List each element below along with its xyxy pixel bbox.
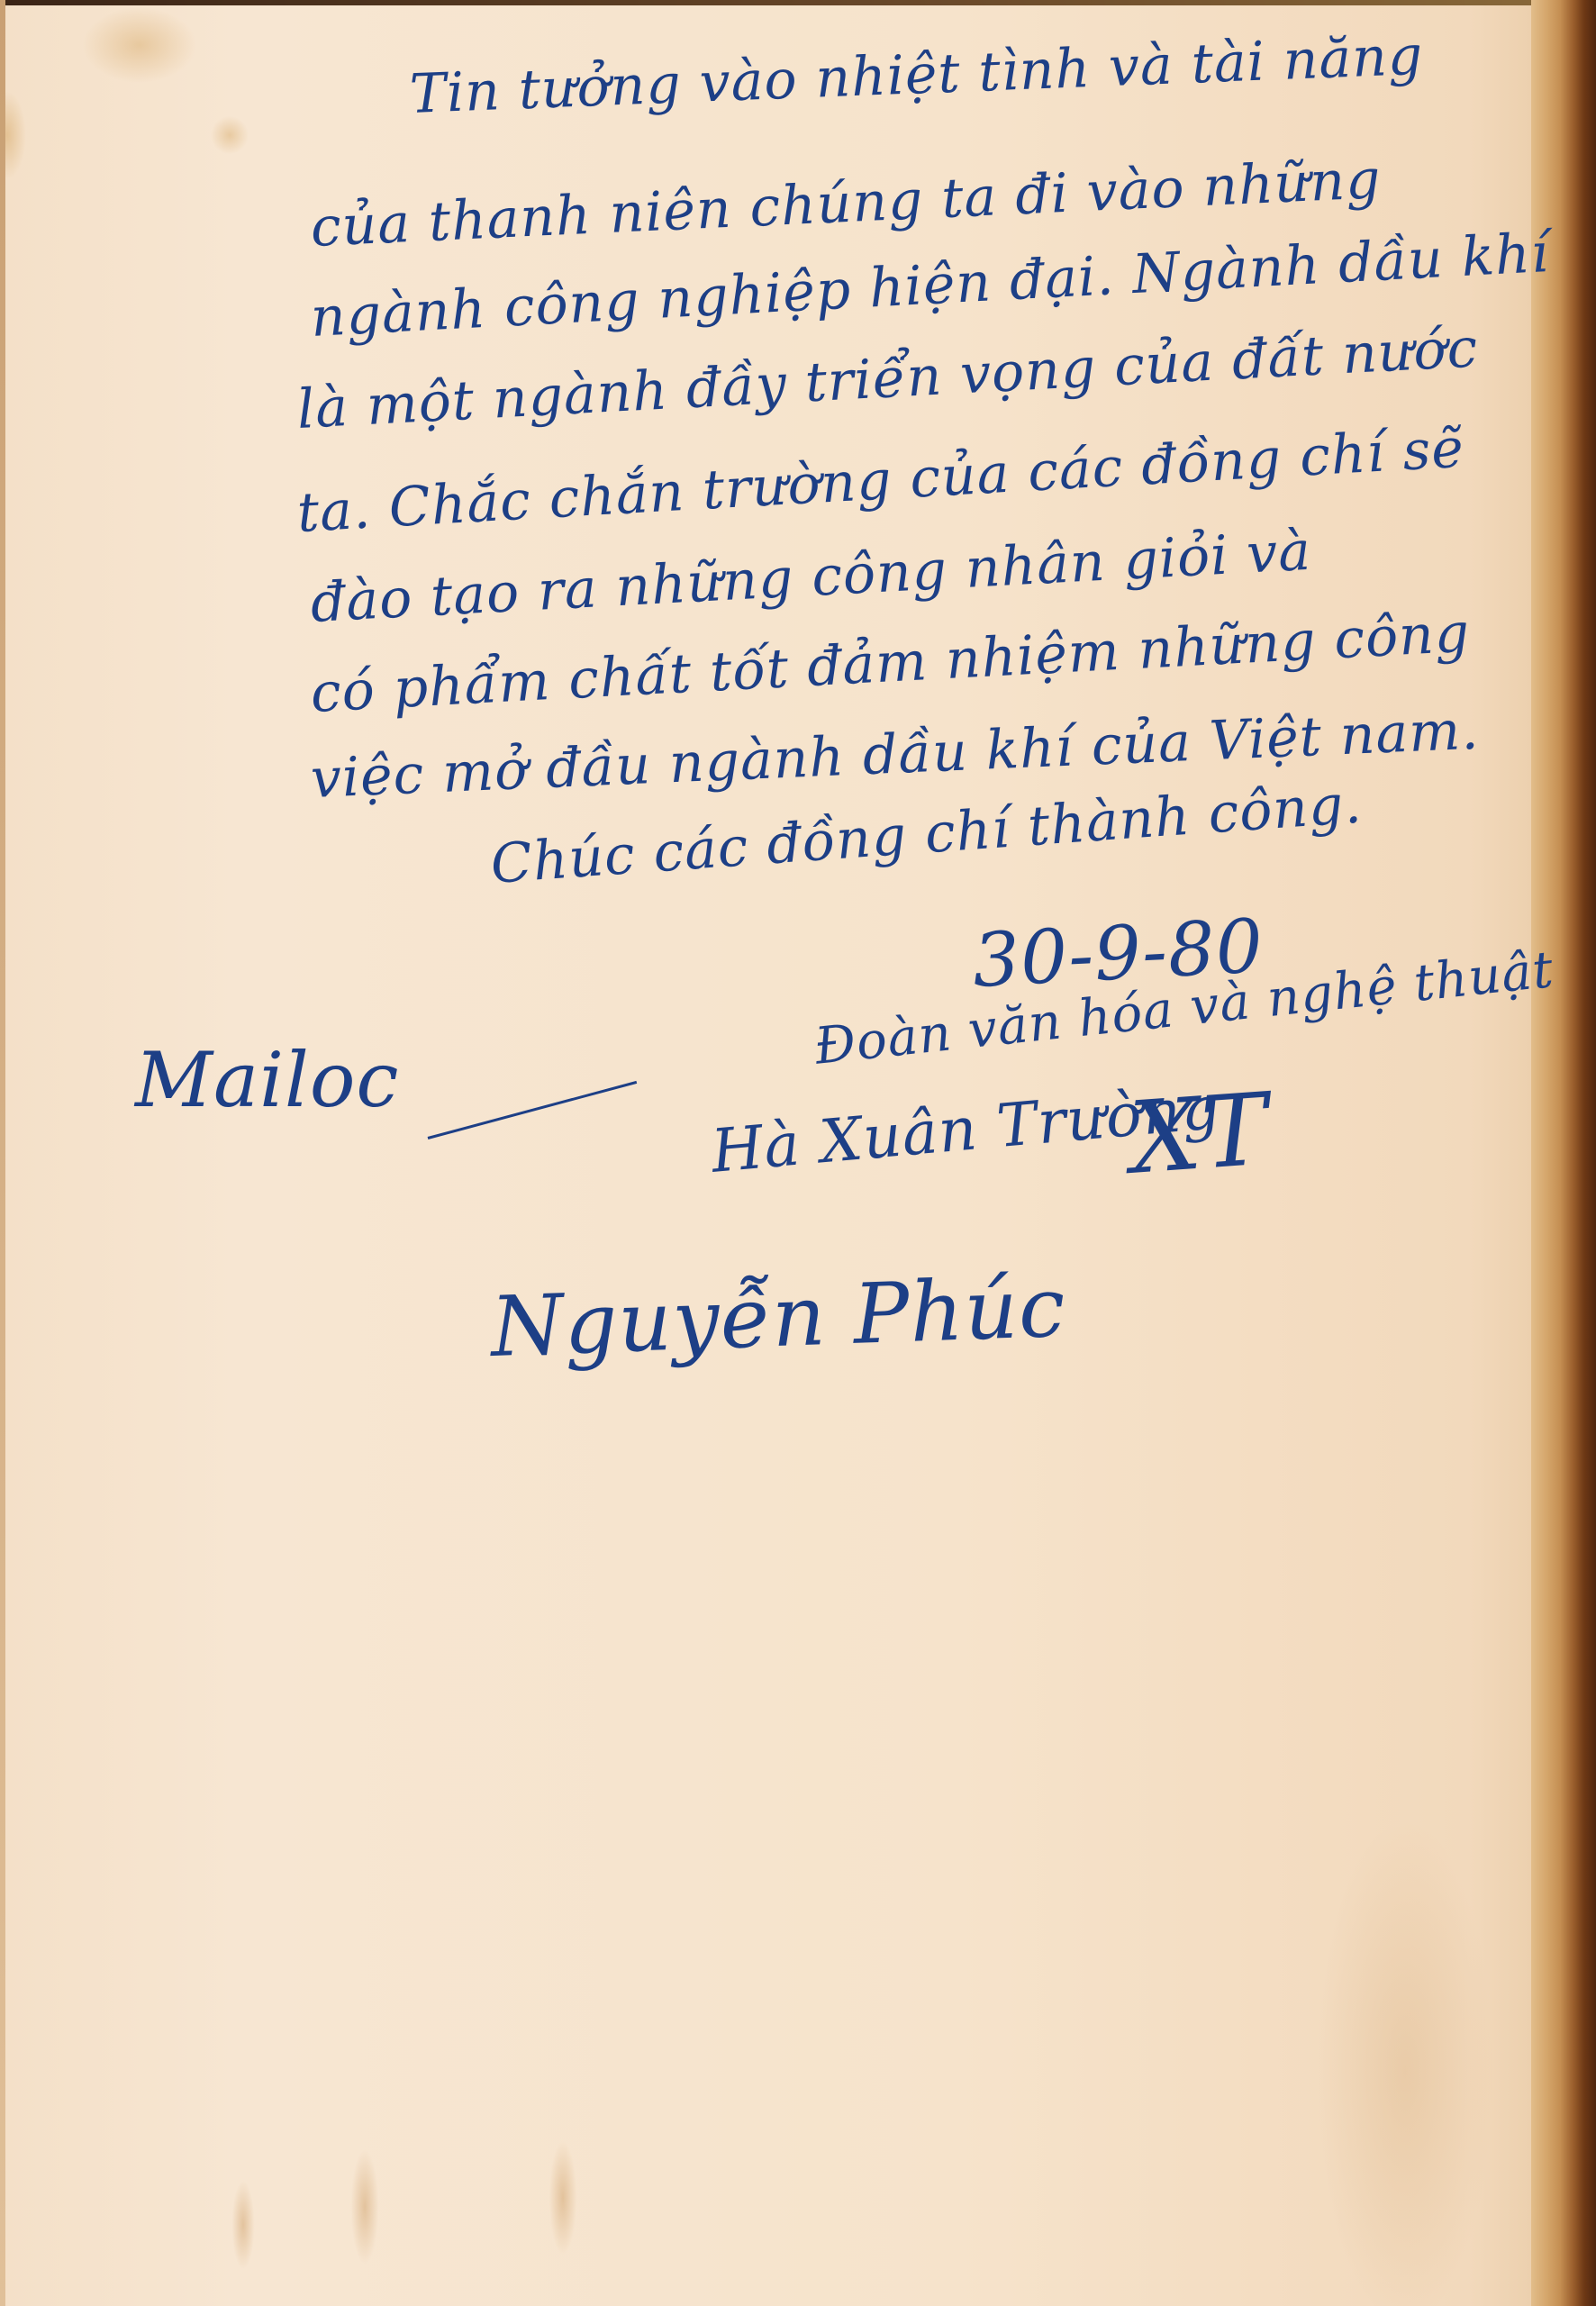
signatory-name: Nguyễn Phúc [489,1259,1067,1375]
signatory-name: Mailoc [135,1036,399,1124]
page-left-edge [0,0,5,2306]
page-top-edge [0,0,1596,5]
book-binding-edge [1531,0,1596,2306]
signatory-initials: XT [1127,1071,1273,1195]
